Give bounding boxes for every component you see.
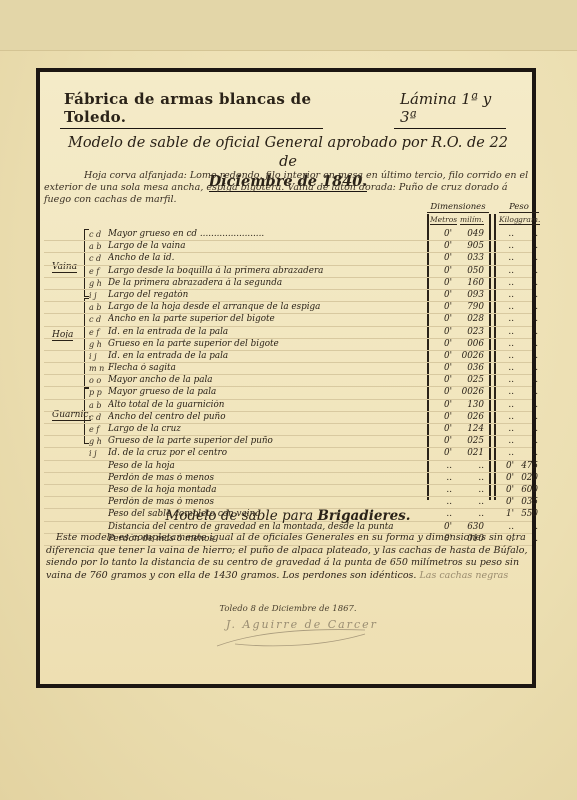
row-kilogramos: .. <box>500 241 514 252</box>
row-letters: c d <box>89 412 107 423</box>
brigadieres-title: Modelo de sable para Brigadieres. <box>60 508 516 524</box>
table-row: a bLargo de la vaina0'905.... <box>44 241 532 253</box>
row-metros: 0' <box>438 253 452 264</box>
place-and-date: Toledo 8 de Diciembre de 1867. <box>60 604 516 614</box>
row-letters: i j <box>89 290 107 301</box>
row-label: Largo de la hoja desde el arranque de la… <box>108 302 418 313</box>
row-gramos: .. <box>516 241 538 252</box>
row-kilogramos: 0' <box>500 461 514 472</box>
row-label: Largo de la vaina <box>108 241 418 252</box>
row-label: Perdón de mas ó menos <box>108 473 418 484</box>
row-metros: 0' <box>438 266 452 277</box>
row-gramos: .. <box>516 339 538 350</box>
row-kilogramos: .. <box>500 266 514 277</box>
table-row: m nFlecha ó sagita0'036.... <box>44 363 532 375</box>
row-milimetros: .. <box>456 497 484 508</box>
row-label: Ancho de la id. <box>108 253 418 264</box>
row-metros: 0' <box>438 278 452 289</box>
row-kilogramos: .. <box>500 253 514 264</box>
row-gramos: .. <box>516 266 538 277</box>
row-milimetros: 021 <box>456 448 484 459</box>
row-label: De la primera abrazadera á la segunda <box>108 278 418 289</box>
row-kilogramos: .. <box>500 400 514 411</box>
row-letters: p p <box>89 387 107 398</box>
row-gramos: .. <box>516 436 538 447</box>
row-kilogramos: .. <box>500 412 514 423</box>
row-label: Largo desde la boquilla á la primera abr… <box>108 266 418 277</box>
table-row: i jId. en la entrada de la pala0'0026...… <box>44 351 532 363</box>
row-letters: c d <box>89 314 107 325</box>
intro-description: Hoja corva alfanjada: Lomo redondo, filo… <box>44 170 532 206</box>
row-gramos: .. <box>516 400 538 411</box>
row-kilogramos: .. <box>500 290 514 301</box>
row-label: Grueso de la parte superior del puño <box>108 436 418 447</box>
row-letters: g h <box>89 436 107 447</box>
table-row: g hGrueso en la parte superior del bigot… <box>44 339 532 351</box>
row-metros: .. <box>438 473 452 484</box>
row-kilogramos: .. <box>500 339 514 350</box>
row-label: Id. de la cruz por el centro <box>108 448 418 459</box>
factory-heading: Fábrica de armas blancas de Toledo. <box>60 90 323 129</box>
row-milimetros: .. <box>456 461 484 472</box>
row-letters: a b <box>89 400 107 411</box>
row-metros: 0' <box>438 436 452 447</box>
row-gramos: .. <box>516 253 538 264</box>
row-letters: e f <box>89 327 107 338</box>
table-row: p pMayor grueso de la pala0'0026.... <box>44 387 532 399</box>
row-gramos: .. <box>516 290 538 301</box>
row-gramos: .. <box>516 314 538 325</box>
row-kilogramos: 0' <box>500 485 514 496</box>
row-label: Largo del regatón <box>108 290 418 301</box>
row-gramos: 035 <box>516 497 538 508</box>
row-letters: a b <box>89 241 107 252</box>
row-label: Alto total de la guarnición <box>108 400 418 411</box>
table-rows: c dMayor grueso en cd ..................… <box>44 229 532 546</box>
row-milimetros: 023 <box>456 327 484 338</box>
row-metros: 0' <box>438 363 452 374</box>
row-gramos: 475 <box>516 461 538 472</box>
row-gramos: .. <box>516 522 538 533</box>
row-letters: g h <box>89 339 107 350</box>
row-gramos: .. <box>516 448 538 459</box>
row-milimetros: 130 <box>456 400 484 411</box>
row-letters: g h <box>89 278 107 289</box>
table-row: o oMayor ancho de la pala0'025.... <box>44 375 532 387</box>
row-gramos: 550 <box>516 509 538 520</box>
row-milimetros: 028 <box>456 314 484 325</box>
milimetros-header: milím. <box>460 215 484 225</box>
row-metros: 0' <box>438 290 452 301</box>
table-row: i jLargo del regatón0'093.... <box>44 290 532 302</box>
row-metros: 0' <box>438 412 452 423</box>
table-row: Peso de la hoja....0'475 <box>44 461 532 473</box>
row-metros: 0' <box>438 351 452 362</box>
weight-header: Peso <box>499 202 539 213</box>
row-label: Id. en la entrada de la pala <box>108 351 418 362</box>
row-label: Grueso en la parte superior del bigote <box>108 339 418 350</box>
row-kilogramos: .. <box>500 351 514 362</box>
row-kilogramos: .. <box>500 314 514 325</box>
row-gramos: .. <box>516 229 538 240</box>
row-milimetros: 049 <box>456 229 484 240</box>
row-label: Mayor grueso en cd .....................… <box>108 229 418 240</box>
row-milimetros: 0026 <box>456 351 484 362</box>
row-letters: a b <box>89 302 107 313</box>
row-metros: 0' <box>438 302 452 313</box>
metros-header: Metros <box>430 215 457 225</box>
row-metros: 0' <box>438 424 452 435</box>
album-page-top <box>0 0 577 50</box>
row-milimetros: 006 <box>456 339 484 350</box>
row-letters: i j <box>89 351 107 362</box>
row-letters: m n <box>89 363 107 374</box>
row-label: Perdón de mas ó menos <box>108 497 418 508</box>
row-metros: 0' <box>438 241 452 252</box>
measurements-table: Dimensiones Peso Metros milím. Kilog. gr… <box>44 202 532 498</box>
row-letters: i j <box>89 448 107 459</box>
row-letters: e f <box>89 266 107 277</box>
row-label: Largo de la cruz <box>108 424 418 435</box>
row-milimetros: 050 <box>456 266 484 277</box>
row-metros: 0' <box>438 375 452 386</box>
row-metros: 0' <box>438 314 452 325</box>
row-milimetros: 905 <box>456 241 484 252</box>
row-milimetros: 093 <box>456 290 484 301</box>
row-letters: o o <box>89 375 107 386</box>
table-row: e fId. en la entrada de la pala0'023.... <box>44 327 532 339</box>
table-row: g hDe la primera abrazadera á la segunda… <box>44 278 532 290</box>
plate-number: Lámina 1ª y 3ª <box>394 90 506 129</box>
row-label: Peso de la hoja <box>108 461 418 472</box>
row-milimetros: 160 <box>456 278 484 289</box>
table-row: g hGrueso de la parte superior del puño0… <box>44 436 532 448</box>
row-milimetros: 025 <box>456 436 484 447</box>
row-gramos: .. <box>516 302 538 313</box>
dimensions-header: Dimensiones <box>427 202 489 213</box>
signature-flourish-icon <box>215 624 375 650</box>
table-row: e fLargo desde la boquilla á la primera … <box>44 266 532 278</box>
row-milimetros: .. <box>456 485 484 496</box>
table-row: c dAncho del centro del puño0'026.... <box>44 412 532 424</box>
row-kilogramos: .. <box>500 375 514 386</box>
row-milimetros: 790 <box>456 302 484 313</box>
row-milimetros: 026 <box>456 412 484 423</box>
table-row: Peso de la hoja montada....0'600 <box>44 485 532 497</box>
row-milimetros: 124 <box>456 424 484 435</box>
row-kilogramos: .. <box>500 229 514 240</box>
brigadieres-paragraph: Este modelo es completamente igual al de… <box>46 532 532 582</box>
brigadieres-title-bold: Brigadieres. <box>317 508 410 524</box>
row-gramos: .. <box>516 351 538 362</box>
brigadieres-title-text: Modelo de sable para <box>166 508 318 524</box>
row-kilogramos: .. <box>500 302 514 313</box>
row-metros: .. <box>438 461 452 472</box>
row-label: Ancho del centro del puño <box>108 412 418 423</box>
row-gramos: .. <box>516 412 538 423</box>
row-letters: c d <box>89 229 107 240</box>
row-gramos: .. <box>516 327 538 338</box>
row-gramos: .. <box>516 278 538 289</box>
row-gramos: .. <box>516 424 538 435</box>
table-row: c dMayor grueso en cd ..................… <box>44 229 532 241</box>
row-milimetros: .. <box>456 473 484 484</box>
row-metros: 0' <box>438 400 452 411</box>
row-milimetros: 0026 <box>456 387 484 398</box>
table-row: c dAncho de la id.0'033.... <box>44 253 532 265</box>
row-label: Id. en la entrada de la pala <box>108 327 418 338</box>
row-kilogramos: .. <box>500 436 514 447</box>
row-metros: .. <box>438 485 452 496</box>
gramos-header: gram. <box>518 215 540 225</box>
document-frame: Fábrica de armas blancas de Toledo. Lámi… <box>36 68 536 688</box>
row-gramos: .. <box>516 387 538 398</box>
row-label: Ancho en la parte superior del bigote <box>108 314 418 325</box>
row-kilogramos: .. <box>500 327 514 338</box>
row-metros: 0' <box>438 229 452 240</box>
row-milimetros: 033 <box>456 253 484 264</box>
row-label: Mayor ancho de la pala <box>108 375 418 386</box>
row-metros: 0' <box>438 339 452 350</box>
row-label: Peso de la hoja montada <box>108 485 418 496</box>
brigadieres-paragraph-note: Las cachas negras <box>416 570 508 581</box>
table-row: a bLargo de la hoja desde el arranque de… <box>44 302 532 314</box>
row-kilogramos: 0' <box>500 497 514 508</box>
row-kilogramos: .. <box>500 278 514 289</box>
row-gramos: .. <box>516 375 538 386</box>
table-row: c dAncho en la parte superior del bigote… <box>44 314 532 326</box>
row-metros: 0' <box>438 448 452 459</box>
row-kilogramos: .. <box>500 424 514 435</box>
row-label: Mayor grueso de la pala <box>108 387 418 398</box>
row-metros: 0' <box>438 327 452 338</box>
row-metros: 0' <box>438 387 452 398</box>
row-gramos: 020 <box>516 473 538 484</box>
table-row: e fLargo de la cruz0'124.... <box>44 424 532 436</box>
table-row: i jId. de la cruz por el centro0'021.... <box>44 448 532 460</box>
row-metros: .. <box>438 497 452 508</box>
row-letters: e f <box>89 424 107 435</box>
row-gramos: .. <box>516 363 538 374</box>
row-kilogramos: .. <box>500 448 514 459</box>
row-gramos: 600 <box>516 485 538 496</box>
title-line-1: Modelo de sable de oficial General aprob… <box>60 134 516 172</box>
row-milimetros: 025 <box>456 375 484 386</box>
table-row: a bAlto total de la guarnición0'130.... <box>44 400 532 412</box>
row-letters: c d <box>89 253 107 264</box>
table-row: Perdón de mas ó menos....0'020 <box>44 473 532 485</box>
row-kilogramos: .. <box>500 363 514 374</box>
row-kilogramos: 0' <box>500 473 514 484</box>
row-milimetros: 036 <box>456 363 484 374</box>
row-label: Flecha ó sagita <box>108 363 418 374</box>
row-kilogramos: .. <box>500 387 514 398</box>
